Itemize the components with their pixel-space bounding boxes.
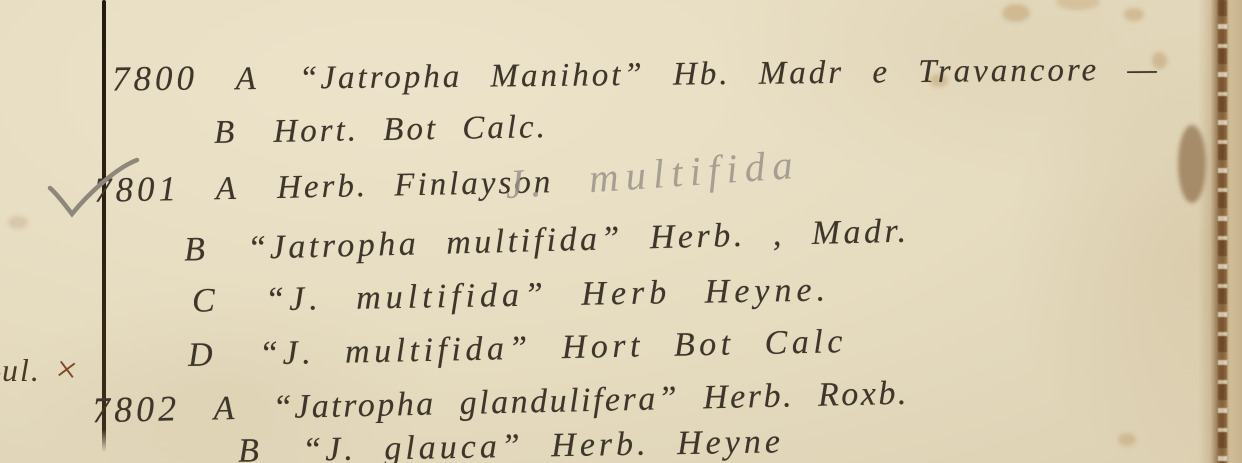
line-label: B (184, 231, 209, 269)
margin-rule (102, 0, 106, 452)
entry-number: 7802 (92, 388, 181, 430)
line-label: A (215, 171, 239, 207)
line-label: C (192, 282, 220, 319)
entry-number: 7800 (112, 59, 198, 99)
line-text: Hort. Bot Calc. (273, 109, 548, 150)
page-torn-edge (1198, 0, 1242, 463)
line-label: D (188, 336, 218, 374)
line-label: B (214, 115, 238, 151)
entry-line: B Hort. Bot Calc. (214, 111, 548, 150)
line-label: B (238, 432, 263, 463)
margin-note-fragment: –ul. (0, 352, 41, 389)
pencil-checkmark-icon (44, 156, 142, 222)
line-label: A (213, 390, 237, 428)
line-label: A (235, 61, 259, 97)
entry-line: B “J. glauca” Herb. Heyne (238, 425, 784, 463)
